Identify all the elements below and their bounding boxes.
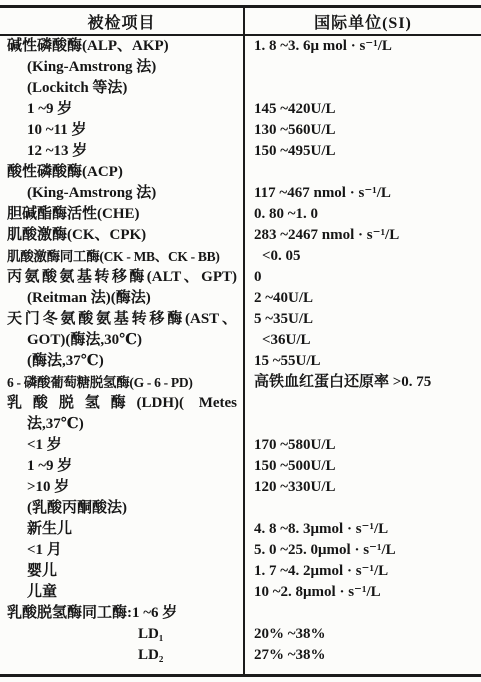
item-cell: 新生儿 <box>0 519 245 540</box>
table-row: 6 - 磷酸葡萄糖脱氢酶(G - 6 - PD) 高铁血红蛋白还原率 >0. 7… <box>0 372 481 393</box>
table-row: 碱性磷酸酶(ALP、AKP) 1. 8 ~3. 6μ mol · s⁻¹/L <box>0 36 481 57</box>
value-cell: 120 ~330U/L <box>245 477 481 498</box>
table-row: 肌酸激酶(CK、CPK) 283 ~2467 nmol · s⁻¹/L <box>0 225 481 246</box>
table-row: 法,37℃) <box>0 414 481 435</box>
table-row: (King-Amstrong 法) <box>0 57 481 78</box>
value-cell: 15 ~55U/L <box>245 351 481 372</box>
item-cell: (Reitman 法)(酶法) <box>0 288 245 309</box>
table-row: 乳酸脱氢酶同工酶:1 ~6 岁 <box>0 603 481 624</box>
value-cell: 20% ~38% <box>245 624 481 645</box>
value-cell: 130 ~560U/L <box>245 120 481 141</box>
item-cell: 碱性磷酸酶(ALP、AKP) <box>0 36 245 57</box>
item-cell: LD₁ <box>0 624 245 645</box>
table-row: <1 月 5. 0 ~25. 0μmol · s⁻¹/L <box>0 540 481 561</box>
item-cell: (乳酸丙酮酸法) <box>0 498 245 519</box>
value-cell: 高铁血红蛋白还原率 >0. 75 <box>245 372 481 393</box>
scanned-document-page: 被检项目 国际单位(SI) 碱性磷酸酶(ALP、AKP) 1. 8 ~3. 6μ… <box>0 0 481 682</box>
table-body: 碱性磷酸酶(ALP、AKP) 1. 8 ~3. 6μ mol · s⁻¹/L (… <box>0 36 481 666</box>
item-cell: 法,37℃) <box>0 414 245 435</box>
value-cell: 145 ~420U/L <box>245 99 481 120</box>
value-cell: 283 ~2467 nmol · s⁻¹/L <box>245 225 481 246</box>
header-si-unit-column: 国际单位(SI) <box>245 8 481 34</box>
table-row: (酶法,37℃) 15 ~55U/L <box>0 351 481 372</box>
value-cell <box>245 78 481 99</box>
value-cell <box>245 603 481 624</box>
table-row: 酸性磷酸酶(ACP) <box>0 162 481 183</box>
table-row: (Reitman 法)(酶法) 2 ~40U/L <box>0 288 481 309</box>
table-row: <1 岁 170 ~580U/L <box>0 435 481 456</box>
value-cell: 5 ~35U/L <box>245 309 481 330</box>
value-cell: 150 ~495U/L <box>245 141 481 162</box>
item-cell: <1 岁 <box>0 435 245 456</box>
item-cell: 10 ~11 岁 <box>0 120 245 141</box>
item-cell: 6 - 磷酸葡萄糖脱氢酶(G - 6 - PD) <box>0 372 245 393</box>
table-row: 乳酸脱氢酶(LDH)( Metes <box>0 393 481 414</box>
table-row: 12 ~13 岁 150 ~495U/L <box>0 141 481 162</box>
value-cell: 5. 0 ~25. 0μmol · s⁻¹/L <box>245 540 481 561</box>
lab-reference-table: 被检项目 国际单位(SI) 碱性磷酸酶(ALP、AKP) 1. 8 ~3. 6μ… <box>0 5 481 677</box>
item-cell: 乳酸脱氢酶(LDH)( Metes <box>0 393 245 414</box>
item-cell: 1 ~9 岁 <box>0 456 245 477</box>
item-cell: 肌酸激酶同工酶(CK - MB、CK - BB) <box>0 246 245 267</box>
table-row: 天门冬氨酸氨基转移酶(AST、 5 ~35U/L <box>0 309 481 330</box>
table-row: 10 ~11 岁 130 ~560U/L <box>0 120 481 141</box>
table-row: >10 岁 120 ~330U/L <box>0 477 481 498</box>
value-cell <box>245 162 481 183</box>
value-cell: 10 ~2. 8μmol · s⁻¹/L <box>245 582 481 603</box>
table-row: 肌酸激酶同工酶(CK - MB、CK - BB) <0. 05 <box>0 246 481 267</box>
table-filler-row <box>0 666 481 674</box>
item-cell: 1 ~9 岁 <box>0 99 245 120</box>
item-cell: 儿童 <box>0 582 245 603</box>
header-item-column: 被检项目 <box>0 8 245 34</box>
item-cell: 肌酸激酶(CK、CPK) <box>0 225 245 246</box>
item-cell: 丙氨酸氨基转移酶(ALT、GPT) <box>0 267 245 288</box>
table-row: (乳酸丙酮酸法) <box>0 498 481 519</box>
value-cell: 1. 7 ~4. 2μmol · s⁻¹/L <box>245 561 481 582</box>
item-cell: (King-Amstrong 法) <box>0 183 245 204</box>
item-cell: 12 ~13 岁 <box>0 141 245 162</box>
value-cell: 0. 80 ~1. 0 <box>245 204 481 225</box>
filler-item-cell <box>0 666 245 674</box>
item-cell: 酸性磷酸酶(ACP) <box>0 162 245 183</box>
filler-value-cell <box>245 666 481 674</box>
item-cell: >10 岁 <box>0 477 245 498</box>
table-row: 胆碱酯酶活性(CHE) 0. 80 ~1. 0 <box>0 204 481 225</box>
item-cell: 天门冬氨酸氨基转移酶(AST、 <box>0 309 245 330</box>
item-cell: 胆碱酯酶活性(CHE) <box>0 204 245 225</box>
table-row: GOT)(酶法,30℃) <36U/L <box>0 330 481 351</box>
table-row: LD₂ 27% ~38% <box>0 645 481 666</box>
item-cell: (酶法,37℃) <box>0 351 245 372</box>
value-cell: 1. 8 ~3. 6μ mol · s⁻¹/L <box>245 36 481 57</box>
item-cell: GOT)(酶法,30℃) <box>0 330 245 351</box>
table-row: (Lockitch 等法) <box>0 78 481 99</box>
table-row: 1 ~9 岁 150 ~500U/L <box>0 456 481 477</box>
value-cell: 117 ~467 nmol · s⁻¹/L <box>245 183 481 204</box>
item-cell: (Lockitch 等法) <box>0 78 245 99</box>
item-cell: <1 月 <box>0 540 245 561</box>
item-cell: LD₂ <box>0 645 245 666</box>
value-cell: 4. 8 ~8. 3μmol · s⁻¹/L <box>245 519 481 540</box>
value-cell: <36U/L <box>245 330 481 351</box>
item-cell: (King-Amstrong 法) <box>0 57 245 78</box>
value-cell: <0. 05 <box>245 246 481 267</box>
table-row: 丙氨酸氨基转移酶(ALT、GPT) 0 <box>0 267 481 288</box>
table-row: 儿童 10 ~2. 8μmol · s⁻¹/L <box>0 582 481 603</box>
table-header-row: 被检项目 国际单位(SI) <box>0 8 481 36</box>
item-cell: 乳酸脱氢酶同工酶:1 ~6 岁 <box>0 603 245 624</box>
value-cell: 27% ~38% <box>245 645 481 666</box>
value-cell: 170 ~580U/L <box>245 435 481 456</box>
value-cell <box>245 393 481 414</box>
item-cell: 婴儿 <box>0 561 245 582</box>
table-row: 新生儿 4. 8 ~8. 3μmol · s⁻¹/L <box>0 519 481 540</box>
value-cell <box>245 414 481 435</box>
table-row: LD₁ 20% ~38% <box>0 624 481 645</box>
value-cell: 2 ~40U/L <box>245 288 481 309</box>
table-row: 婴儿 1. 7 ~4. 2μmol · s⁻¹/L <box>0 561 481 582</box>
value-cell <box>245 57 481 78</box>
value-cell: 0 <box>245 267 481 288</box>
value-cell: 150 ~500U/L <box>245 456 481 477</box>
value-cell <box>245 498 481 519</box>
table-row: (King-Amstrong 法) 117 ~467 nmol · s⁻¹/L <box>0 183 481 204</box>
table-row: 1 ~9 岁 145 ~420U/L <box>0 99 481 120</box>
